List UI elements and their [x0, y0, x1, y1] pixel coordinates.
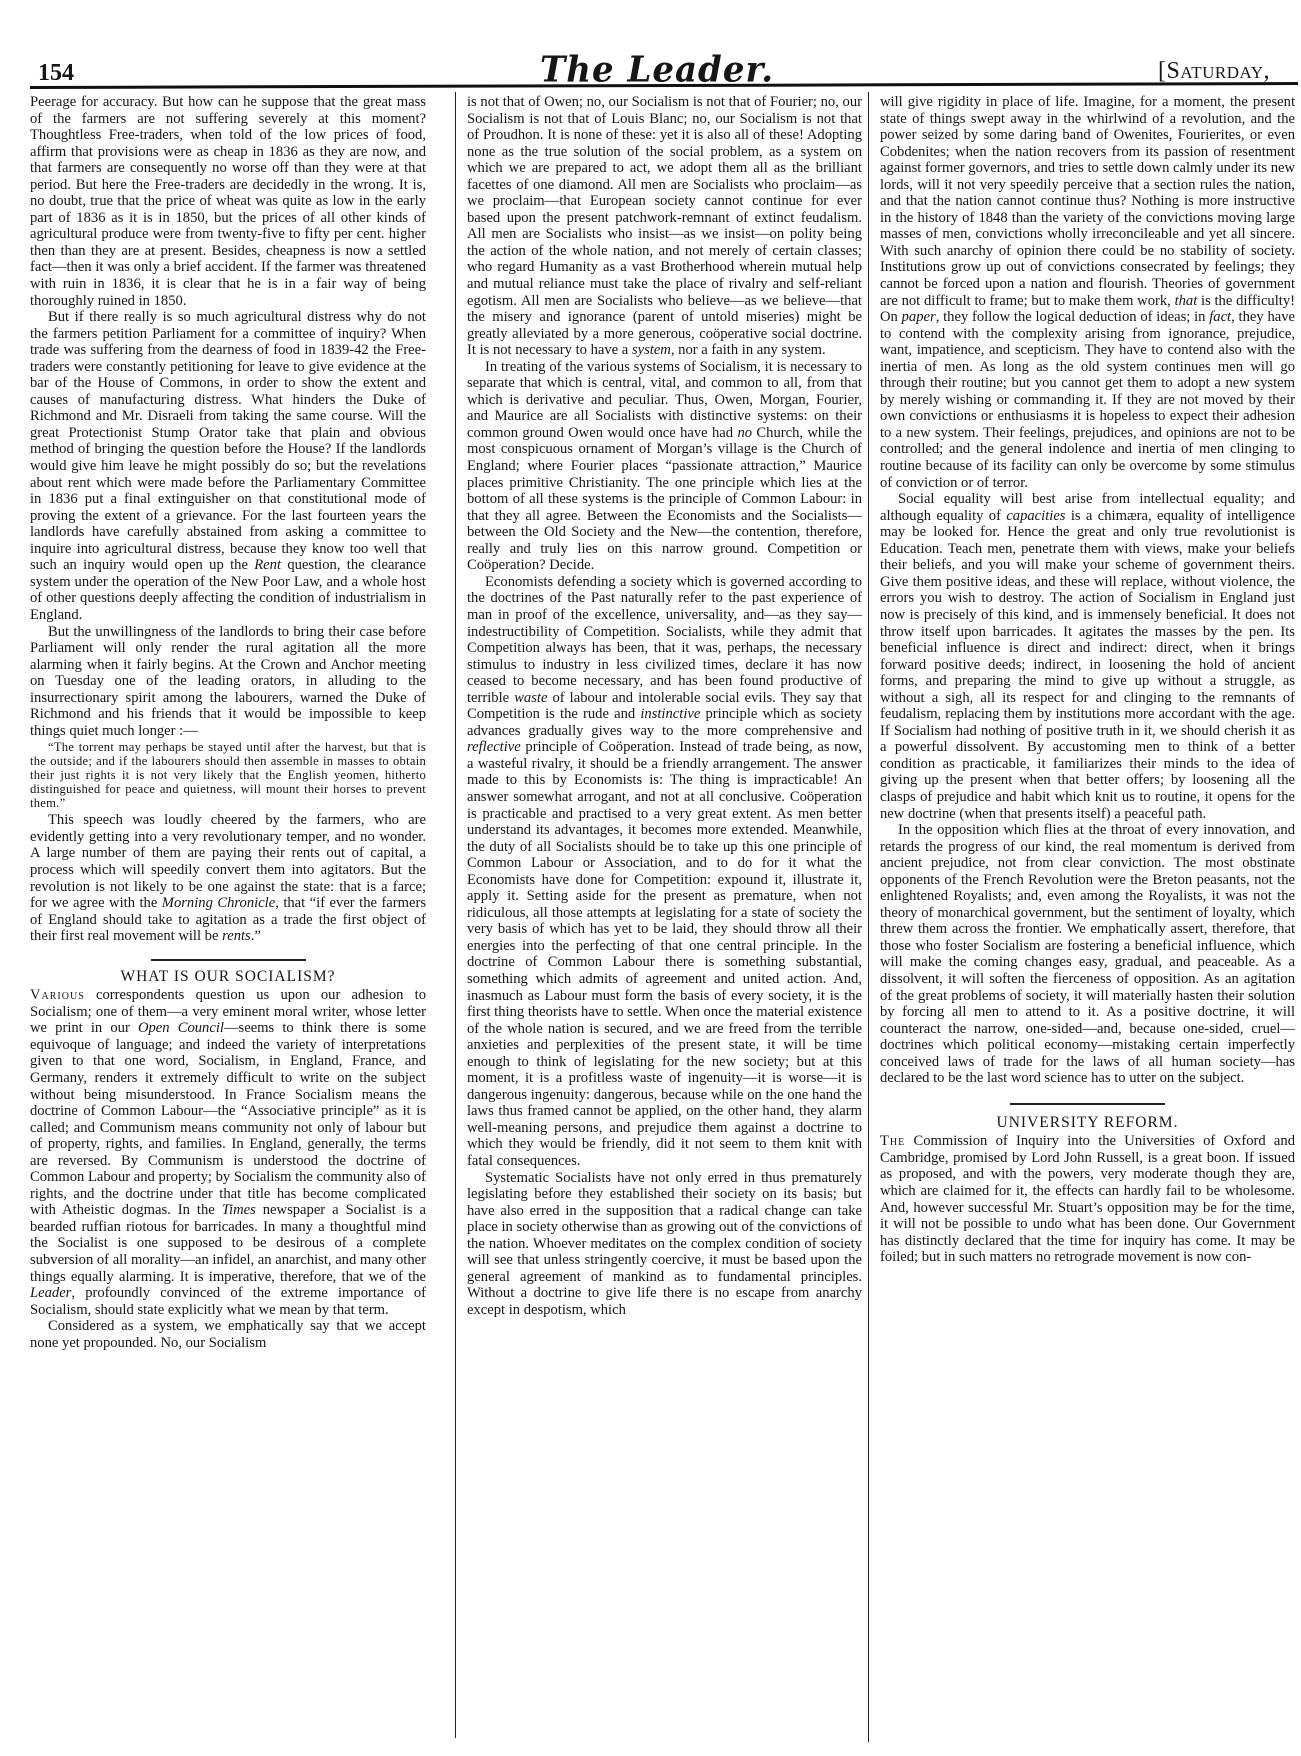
- paragraph: will give rigidity in place of life. Ima…: [880, 94, 1295, 491]
- italic-text: Times: [222, 1202, 256, 1218]
- italic-text: fact: [1209, 309, 1231, 325]
- text: is not that of Owen; no, our Socialism i…: [467, 94, 862, 358]
- italic-text: rents: [222, 928, 251, 944]
- text: , they have to contend with the complexi…: [880, 309, 1295, 490]
- column-rule-2: [868, 92, 869, 1742]
- paragraph: The Commission of Inquiry into the Unive…: [880, 1133, 1295, 1265]
- paragraph: Economists defending a society which is …: [467, 574, 862, 1170]
- page-number: 154: [38, 60, 74, 87]
- text: Economists defending a society which is …: [467, 574, 862, 706]
- italic-text: capacities: [1006, 508, 1065, 524]
- paragraph: Social equality will best arise from int…: [880, 491, 1295, 822]
- paragraph: is not that of Owen; no, our Socialism i…: [467, 94, 862, 359]
- italic-text: instinctive: [640, 706, 700, 722]
- text: Commission of Inquiry into the Universit…: [880, 1133, 1295, 1265]
- issue-day: [Saturday,: [1158, 58, 1270, 85]
- text: will give rigidity in place of life. Ima…: [880, 94, 1295, 309]
- italic-text: Rent: [254, 557, 281, 573]
- section-divider: [1010, 1103, 1165, 1105]
- italic-text: no: [737, 425, 752, 441]
- column-3: will give rigidity in place of life. Ima…: [880, 94, 1295, 1266]
- italic-text: system: [632, 342, 671, 358]
- paragraph: This speech was loudly cheered by the fa…: [30, 812, 426, 944]
- text: , profoundly convinced of the extreme im…: [30, 1285, 426, 1318]
- text: But if there really is so much agricultu…: [30, 309, 426, 573]
- italic-text: Morning Chronicle: [162, 895, 275, 911]
- text: principle of Coöperation. Instead of tra…: [467, 739, 862, 1169]
- quoted-speech: “The torrent may perhaps be stayed until…: [30, 740, 426, 810]
- italic-text: paper: [902, 309, 936, 325]
- italic-text: waste: [514, 690, 547, 706]
- lead-word: The: [880, 1133, 905, 1149]
- lead-word: Various: [30, 987, 85, 1003]
- text: —seems to think there is some equivoque …: [30, 1020, 426, 1218]
- text: is a chimæra, equality of intelligence m…: [880, 508, 1295, 822]
- paragraph: But the unwillingness of the landlords t…: [30, 624, 426, 740]
- column-rule-1: [455, 92, 456, 1738]
- text: , nor a faith in any system.: [671, 342, 826, 358]
- paragraph: Systematic Socialists have not only erre…: [467, 1170, 862, 1319]
- paragraph: But if there really is so much agricultu…: [30, 309, 426, 623]
- masthead: 154 The Leader. [Saturday,: [0, 0, 1301, 92]
- column-2: is not that of Owen; no, our Socialism i…: [467, 94, 862, 1318]
- section-heading: UNIVERSITY REFORM.: [880, 1115, 1295, 1132]
- text: .”: [251, 928, 261, 944]
- paragraph: Various correspondents question us upon …: [30, 987, 426, 1318]
- italic-text: that: [1175, 293, 1198, 309]
- paragraph: Peerage for accuracy. But how can he sup…: [30, 94, 426, 309]
- paragraph: In the opposition which flies at the thr…: [880, 822, 1295, 1087]
- paragraph: In treating of the various systems of So…: [467, 359, 862, 574]
- column-1: Peerage for accuracy. But how can he sup…: [30, 94, 426, 1351]
- section-heading: WHAT IS OUR SOCIALISM?: [30, 969, 426, 986]
- text: Church, while the most conspicuous ornam…: [467, 425, 862, 573]
- text: , they follow the logical deduction of i…: [936, 309, 1210, 325]
- italic-text: Leader: [30, 1285, 71, 1301]
- italic-text: reflective: [467, 739, 521, 755]
- section-divider: [151, 959, 306, 961]
- italic-text: Open Council: [138, 1020, 224, 1036]
- paragraph: Considered as a system, we emphatically …: [30, 1318, 426, 1351]
